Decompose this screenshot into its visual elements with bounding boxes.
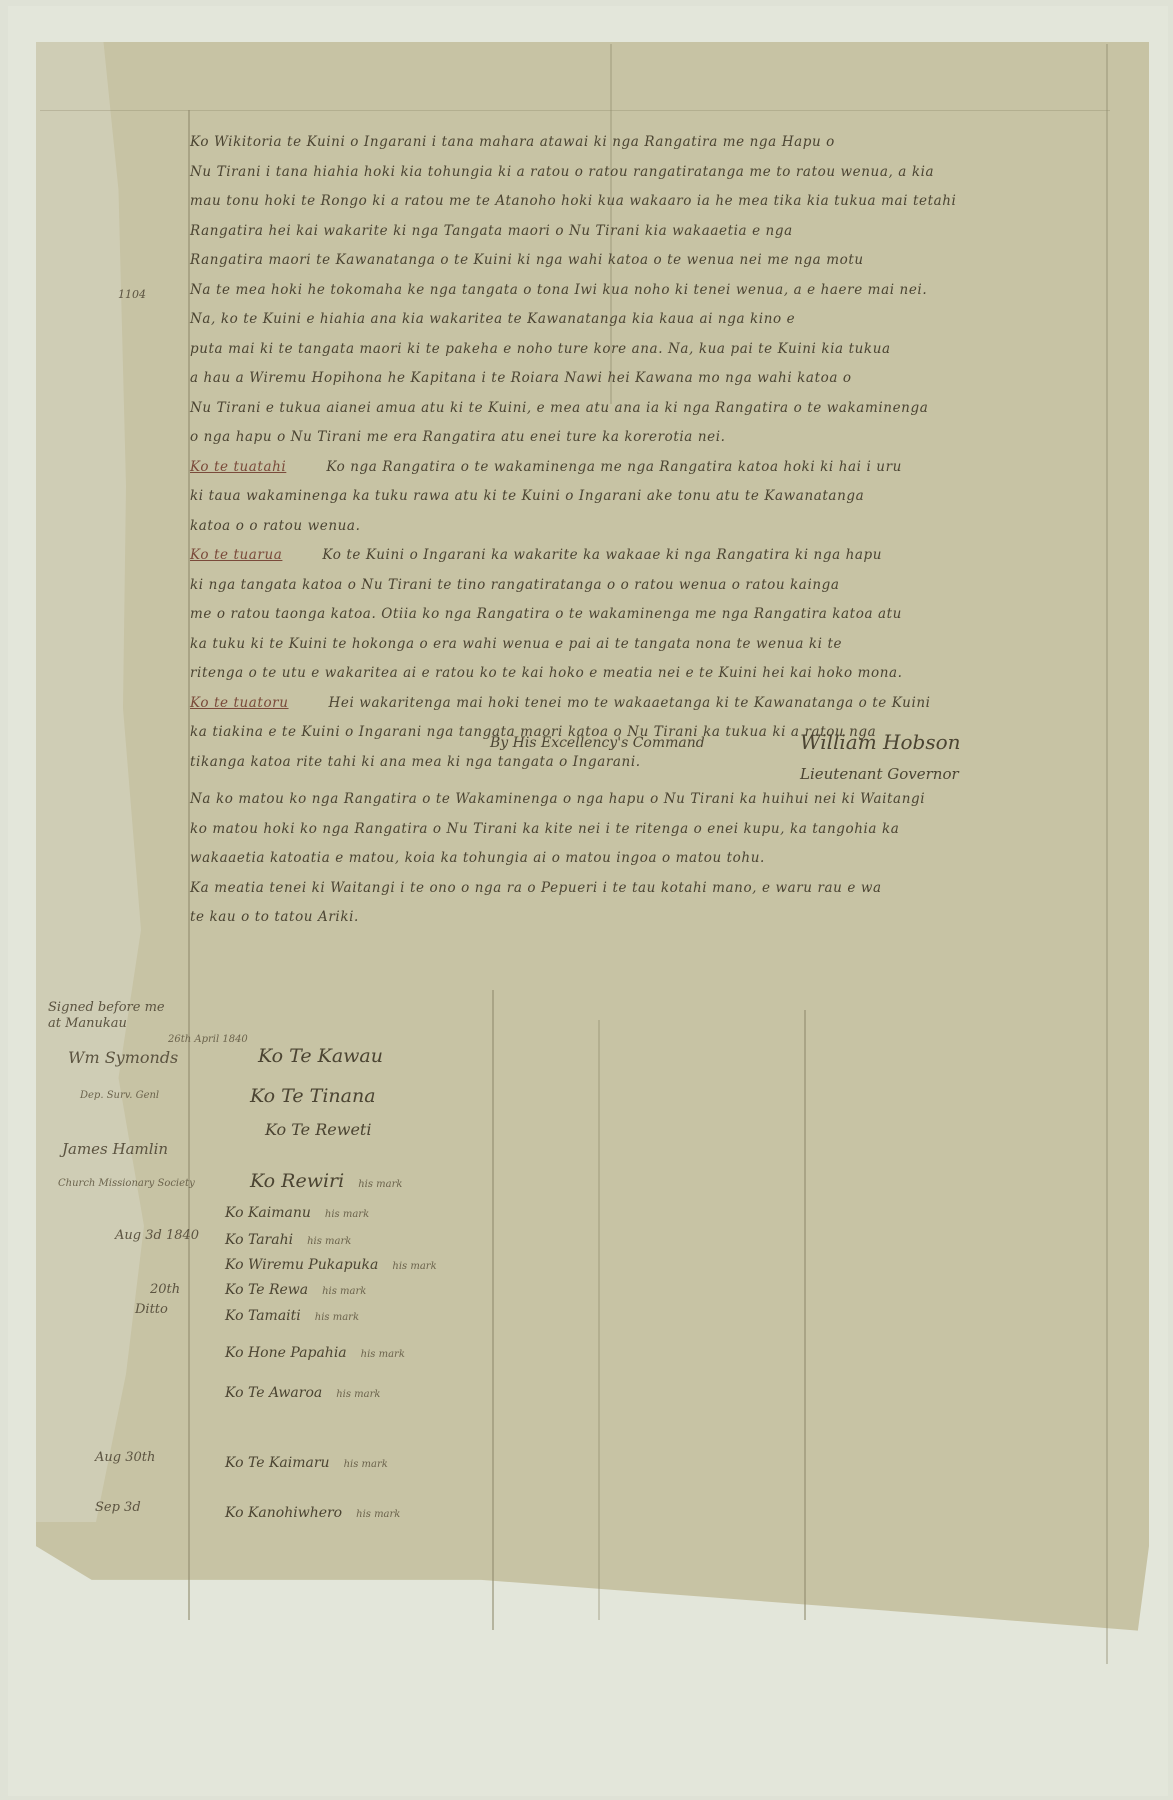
preamble-line: Nu Tirani e tukua aianei amua atu ki te … bbox=[190, 394, 1090, 424]
sign-date: Ditto bbox=[135, 1302, 168, 1317]
sign-date: Sep 3d bbox=[95, 1500, 141, 1515]
closing-line: wakaaetia katoatia e matou, koia ka tohu… bbox=[190, 844, 1090, 874]
preamble-line: mau tonu hoki te Rongo ki a ratou me te … bbox=[190, 187, 1090, 217]
treaty-text: Ko Wikitoria te Kuini o Ingarani i tana … bbox=[190, 128, 1090, 777]
his-mark-note: his mark bbox=[392, 1261, 436, 1272]
right-margin-rule bbox=[1106, 44, 1108, 1664]
his-mark-note: his mark bbox=[315, 1312, 359, 1323]
signatory: Ko Kaimanuhis mark bbox=[225, 1205, 369, 1221]
governor-command-line: By His Excellency's Command bbox=[490, 735, 705, 751]
signatory: Ko Te Tinana bbox=[250, 1085, 376, 1107]
article-line: ritenga o te utu e wakaritea ai e ratou … bbox=[190, 659, 1090, 689]
signatory: Ko Wiremu Pukapukahis mark bbox=[225, 1257, 437, 1273]
governor-signature: William Hobson bbox=[800, 730, 961, 754]
article-1-heading: Ko te tuatahi bbox=[190, 459, 286, 475]
witness-date: 26th April 1840 bbox=[168, 1034, 248, 1045]
margin-rule-top bbox=[40, 110, 1110, 111]
signatory: Ko Te Kawau bbox=[258, 1045, 383, 1067]
signature-column-rule-2 bbox=[598, 1020, 600, 1620]
closing-line: Na ko matou ko nga Rangatira o te Wakami… bbox=[190, 785, 1090, 815]
article-line: ka tuku ki te Kuini te hokonga o era wah… bbox=[190, 630, 1090, 660]
his-mark-note: his mark bbox=[322, 1286, 366, 1297]
signatory: Ko Te Awaroahis mark bbox=[225, 1385, 380, 1401]
article-line: ki nga tangata katoa o Nu Tirani te tino… bbox=[190, 571, 1090, 601]
article-2: Ko te tuaruaKo te Kuini o Ingarani ka wa… bbox=[190, 541, 1090, 571]
article-1: Ko te tuatahiKo nga Rangatira o te wakam… bbox=[190, 453, 1090, 483]
preamble-line: Rangatira maori te Kawanatanga o te Kuin… bbox=[190, 246, 1090, 276]
article-line: Ko nga Rangatira o te wakaminenga me nga… bbox=[326, 459, 902, 475]
article-2-heading: Ko te tuarua bbox=[190, 547, 282, 563]
sign-date: 20th bbox=[150, 1282, 180, 1297]
preamble-line: o nga hapu o Nu Tirani me era Rangatira … bbox=[190, 423, 1090, 453]
witness-role: Dep. Surv. Genl bbox=[80, 1090, 159, 1101]
signatory: Ko Hone Papahiahis mark bbox=[225, 1345, 405, 1361]
signature-column-rule-3 bbox=[804, 1010, 806, 1620]
signatory: Ko Te Kaimaruhis mark bbox=[225, 1455, 388, 1471]
his-mark-note: his mark bbox=[361, 1349, 405, 1360]
closing-text: Na ko matou ko nga Rangatira o te Wakami… bbox=[190, 785, 1090, 933]
preamble-line: Na, ko te Kuini e hiahia ana kia wakarit… bbox=[190, 305, 1090, 335]
preamble-line: Na te mea hoki he tokomaha ke nga tangat… bbox=[190, 276, 1090, 306]
signatory: Ko Te Rewahis mark bbox=[225, 1282, 366, 1298]
article-3-heading: Ko te tuatoru bbox=[190, 695, 289, 711]
preamble-line: Ko Wikitoria te Kuini o Ingarani i tana … bbox=[190, 128, 1090, 158]
signatory: Ko Kanohiwherohis mark bbox=[225, 1505, 400, 1521]
sign-date: Aug 3d 1840 bbox=[115, 1228, 199, 1243]
witness2-role: Church Missionary Society bbox=[58, 1178, 195, 1189]
article-line: Ko te Kuini o Ingarani ka wakarite ka wa… bbox=[322, 547, 882, 563]
his-mark-note: his mark bbox=[336, 1389, 380, 1400]
article-3: Ko te tuatoruHei wakaritenga mai hoki te… bbox=[190, 689, 1090, 719]
his-mark-note: his mark bbox=[356, 1509, 400, 1520]
article-line: me o ratou taonga katoa. Otiia ko nga Ra… bbox=[190, 600, 1090, 630]
sign-date: Aug 30th bbox=[95, 1450, 155, 1465]
article-line: katoa o o ratou wenua. bbox=[190, 512, 1090, 542]
witness-header: Signed before me at Manukau bbox=[48, 1000, 178, 1032]
article-line: Hei wakaritenga mai hoki tenei mo te wak… bbox=[329, 695, 931, 711]
signatory: Ko Te Reweti bbox=[265, 1120, 371, 1139]
his-mark-note: his mark bbox=[344, 1459, 388, 1470]
closing-line: Ka meatia tenei ki Waitangi i te ono o n… bbox=[190, 874, 1090, 904]
article-line: ki taua wakaminenga ka tuku rawa atu ki … bbox=[190, 482, 1090, 512]
his-mark-note: his mark bbox=[358, 1179, 402, 1190]
his-mark-note: his mark bbox=[325, 1209, 369, 1220]
governor-title: Lieutenant Governor bbox=[800, 765, 959, 783]
folio-mark: 1104 bbox=[118, 288, 146, 301]
preamble-line: puta mai ki te tangata maori ki te pakeh… bbox=[190, 335, 1090, 365]
signatory: Ko Tarahihis mark bbox=[225, 1232, 351, 1248]
preamble-line: Rangatira hei kai wakarite ki nga Tangat… bbox=[190, 217, 1090, 247]
preamble-line: a hau a Wiremu Hopihona he Kapitana i te… bbox=[190, 364, 1090, 394]
signatory: Ko Rewirihis mark bbox=[250, 1170, 402, 1192]
signatory: Ko Tamaitihis mark bbox=[225, 1308, 359, 1324]
preamble-line: Nu Tirani i tana hiahia hoki kia tohungi… bbox=[190, 158, 1090, 188]
his-mark-note: his mark bbox=[307, 1236, 351, 1247]
signature-column-rule-1 bbox=[492, 990, 494, 1630]
witness2-name: James Hamlin bbox=[62, 1140, 168, 1158]
witness-name: Wm Symonds bbox=[68, 1048, 178, 1067]
closing-line: te kau o to tatou Ariki. bbox=[190, 903, 1090, 933]
closing-line: ko matou hoki ko nga Rangatira o Nu Tira… bbox=[190, 815, 1090, 845]
